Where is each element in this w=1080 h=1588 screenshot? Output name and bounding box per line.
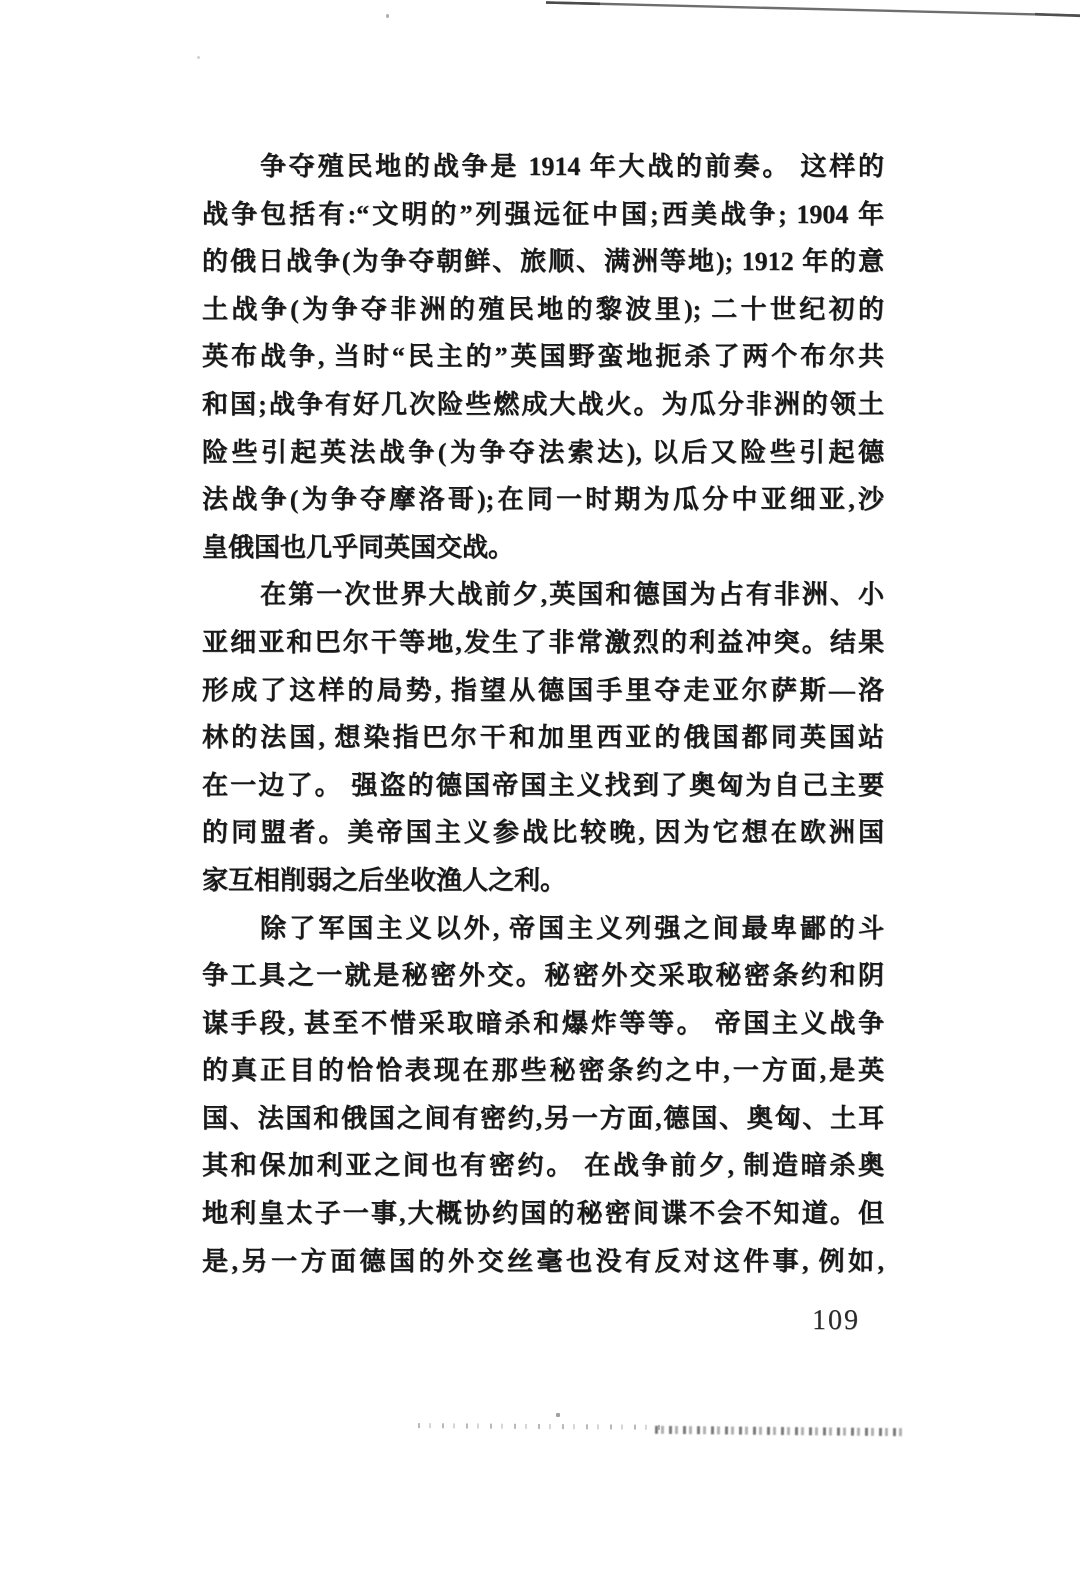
scan-artifact-top-edge-line	[0, 0, 1080, 24]
ink-speck	[386, 14, 389, 18]
text-line: 亚细亚和巴尔干等地,发生了非常激烈的利益冲突。结果	[202, 619, 884, 667]
text-line: 和国;战争有好几次险些燃成大战火。为瓜分非洲的领土	[202, 381, 884, 429]
text-line: 林的法国, 想染指巴尔干和加里西亚的俄国都同英国站	[202, 714, 884, 762]
text-line: 的俄日战争(为争夺朝鲜、旅顺、满洲等地); 1912 年的意	[202, 238, 884, 286]
paragraph: 在第一次世界大战前夕,英国和德国为占有非洲、小亚细亚和巴尔干等地,发生了非常激烈…	[202, 571, 884, 904]
ink-speck	[556, 1413, 560, 1417]
text-line: 英布战争, 当时“民主的”英国野蛮地扼杀了两个布尔共	[202, 333, 884, 381]
text-line: 法战争(为争夺摩洛哥);在同一时期为瓜分中亚细亚,沙	[202, 476, 884, 524]
text-line: 国、法国和俄国之间有密约,另一方面,德国、奥匈、土耳	[202, 1095, 884, 1143]
text-line: 形成了这样的局势, 指望从德国手里夺走亚尔萨斯—洛	[202, 667, 884, 715]
text-line: 是,另一方面德国的外交丝毫也没有反对这件事, 例如,	[202, 1238, 884, 1286]
text-line: 争夺殖民地的战争是 1914 年大战的前奏。 这样的	[202, 143, 884, 191]
text-line: 除了军国主义以外, 帝国主义列强之间最卑鄙的斗	[202, 905, 884, 953]
ink-speck	[197, 56, 200, 59]
text-line: 家互相削弱之后坐收渔人之利。	[202, 857, 884, 905]
paragraph: 除了军国主义以外, 帝国主义列强之间最卑鄙的斗争工具之一就是秘密外交。秘密外交采…	[202, 905, 884, 1286]
text-line: 谋手段, 甚至不惜采取暗杀和爆炸等等。 帝国主义战争	[202, 1000, 884, 1048]
text-line: 地利皇太子一事,大概协约国的秘密间谍不会不知道。但	[202, 1190, 884, 1238]
scan-artifact-bottom-speckles	[418, 1423, 660, 1430]
text-line: 险些引起英法战争(为争夺法索达), 以后又险些引起德	[202, 429, 884, 477]
text-line: 其和保加利亚之间也有密约。 在战争前夕, 制造暗杀奥	[202, 1142, 884, 1190]
text-line: 争工具之一就是秘密外交。秘密外交采取秘密条约和阴	[202, 952, 884, 1000]
text-line: 在第一次世界大战前夕,英国和德国为占有非洲、小	[202, 571, 884, 619]
scan-artifact-bottom-speckles	[655, 1426, 907, 1436]
paragraph: 争夺殖民地的战争是 1914 年大战的前奏。 这样的战争包括有:“文明的”列强远…	[202, 143, 884, 571]
text-line: 的真正目的恰恰表现在那些秘密条约之中,一方面,是英	[202, 1047, 884, 1095]
text-line: 皇俄国也几乎同英国交战。	[202, 524, 884, 572]
text-line: 战争包括有:“文明的”列强远征中国;西美战争; 1904 年	[202, 191, 884, 239]
scanned-book-page: 争夺殖民地的战争是 1914 年大战的前奏。 这样的战争包括有:“文明的”列强远…	[0, 0, 1080, 1588]
text-line: 在一边了。 强盗的德国帝国主义找到了奥匈为自己主要	[202, 762, 884, 810]
text-line: 土战争(为争夺非洲的殖民地的黎波里); 二十世纪初的	[202, 286, 884, 334]
text-block: 争夺殖民地的战争是 1914 年大战的前奏。 这样的战争包括有:“文明的”列强远…	[202, 143, 884, 1285]
text-line: 的同盟者。美帝国主义参战比较晚, 因为它想在欧洲国	[202, 809, 884, 857]
page-number: 109	[812, 1305, 860, 1337]
